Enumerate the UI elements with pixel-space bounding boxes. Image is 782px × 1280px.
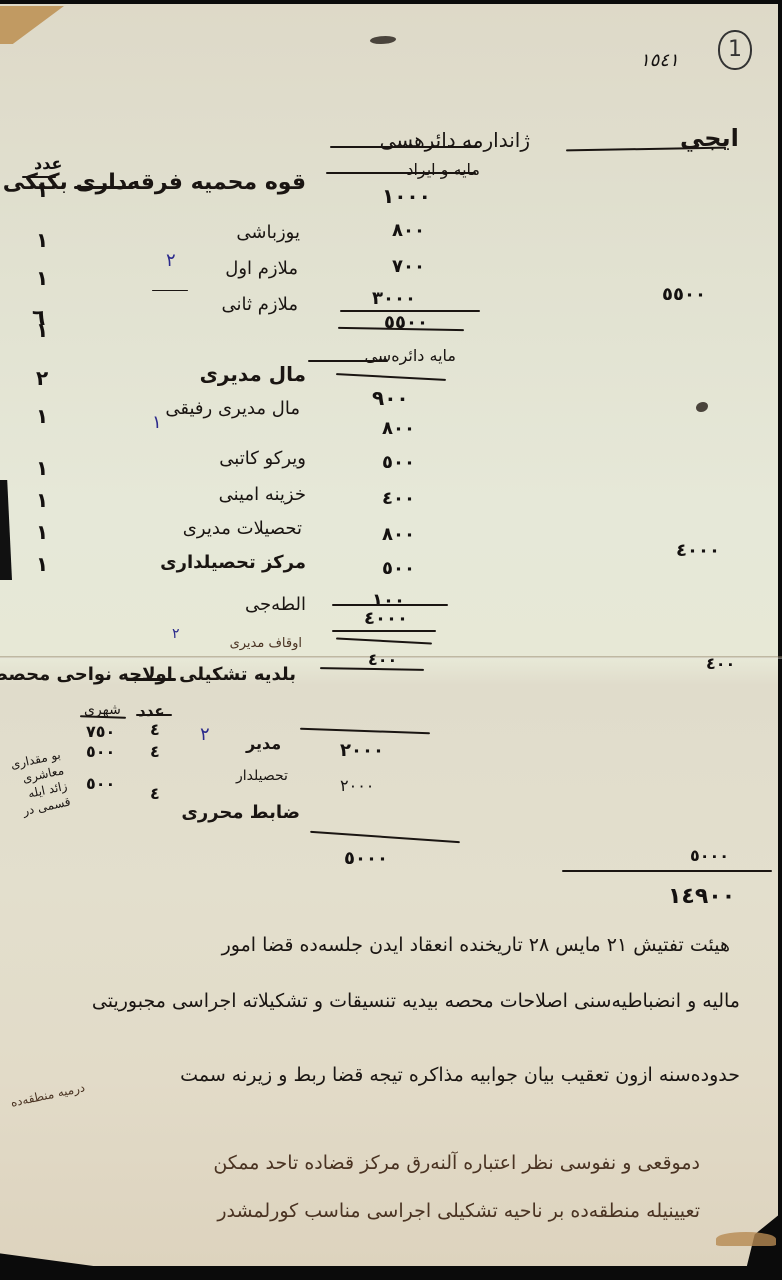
row-label: يوزباشی [220, 222, 300, 243]
section-1-title: قوه محمیه فرقه‌داری بکبکی [96, 170, 306, 195]
row-label: ملازم ثانی [218, 294, 298, 315]
blue-note: ٢ [166, 250, 176, 271]
row-label: ملازم اول [218, 258, 298, 279]
blue-note: ١ [152, 412, 162, 433]
section-1-right-total: ٥٥٠٠ [662, 284, 706, 305]
row-label: مدیر [246, 734, 281, 753]
amount: ٤٠٠ [368, 650, 397, 669]
body-line-5: تعیینیله منطقه‌ده بر ناحیه تشکیلی اجراسی… [80, 1200, 700, 1222]
section-3-right-total: ٤٠٠ [706, 654, 735, 673]
amount: ٨٠٠ [392, 220, 425, 241]
body-line-4: دموقعی و نفوسی نظر اعتباره آلنه‌رق مرکز … [60, 1152, 700, 1174]
center-title-underline [330, 146, 480, 148]
page-number-circle: 1 [718, 30, 752, 70]
side-note: بو مقداری معاشری زائد ایله قسمی در [0, 746, 72, 821]
monthly: ٧٥٠ [86, 722, 115, 741]
row-label: الطه‌جی [256, 594, 306, 615]
section-4-title: بلدیه تشکیلی اولاجه نواحی محصصات [176, 664, 296, 685]
row-label: تحصیلدار [236, 768, 288, 784]
amount: ٨٠٠ [382, 524, 415, 545]
row-label: ویرکو کاتبی [236, 448, 306, 469]
amount: ٥٠٠ [382, 558, 415, 579]
grand-total: ١٤٩٠٠ [668, 884, 735, 909]
section-2-subtotal: ٤٠٠٠ [364, 608, 408, 629]
row-label: مال مدیری [226, 362, 306, 386]
subheading-2: مايه دائره‌سی [376, 346, 456, 365]
subheading-underline [326, 172, 476, 174]
amount: ٣٠٠٠ [372, 288, 416, 309]
row-label: تحصیلات مدیری [212, 518, 302, 539]
row-label: مال مدیری رفیقی [180, 398, 300, 419]
count: ٤ [150, 742, 160, 761]
blue-note: ٢ [200, 724, 210, 745]
bottom-stain [716, 1232, 776, 1246]
amount: ٤٠٠ [382, 488, 415, 509]
section-2-right-total: ٤٠٠٠ [676, 540, 720, 561]
grand-total-rule [562, 870, 772, 872]
blue-note: ٢ [172, 626, 180, 642]
amount: ٨٠٠ [382, 418, 415, 439]
archive-reference: ١٥٤١ [640, 50, 679, 71]
column-header-count: عدد [138, 702, 165, 720]
amount: ٢٠٠٠ [340, 776, 374, 795]
subheading-1: مايه و ايراد [340, 160, 480, 179]
row-label: مرکز تحصیلداری [216, 552, 306, 573]
section-4-right-total: ٥٠٠٠ [690, 846, 729, 865]
monthly: ٥٠٠ [86, 774, 115, 793]
amount: ٩٠٠ [372, 386, 409, 410]
count: ٤ [150, 720, 160, 739]
row-label: اوقاف مدیری [202, 636, 302, 651]
amount: ٧٠٠ [392, 256, 425, 277]
body-line-2: مالیه و انضباطیه‌سنی اصلاحات محصه بیدیه … [20, 990, 740, 1012]
amount: ١٠٠٠ [382, 184, 431, 208]
count: ٤ [150, 784, 160, 803]
amount: ٢٠٠٠ [340, 740, 384, 761]
row-label: ضابط محرری [204, 802, 300, 823]
body-line-1: هیئت تفتیش ٢١ مایس ۲۸ تاریخنده انعقاد ای… [20, 934, 730, 956]
center-title: ژاندارمه دائرهسی [330, 128, 530, 152]
section-4-subtotal: ٥٠٠٠ [344, 848, 388, 869]
monthly: ٥٠٠ [86, 742, 115, 761]
amount: ٥٠٠ [382, 452, 415, 473]
row-label: خزینه امینی [236, 484, 306, 505]
body-line-3: حدوده‌سنه ازون تعقیب بیان جوابیه مذاکره … [20, 1064, 740, 1086]
